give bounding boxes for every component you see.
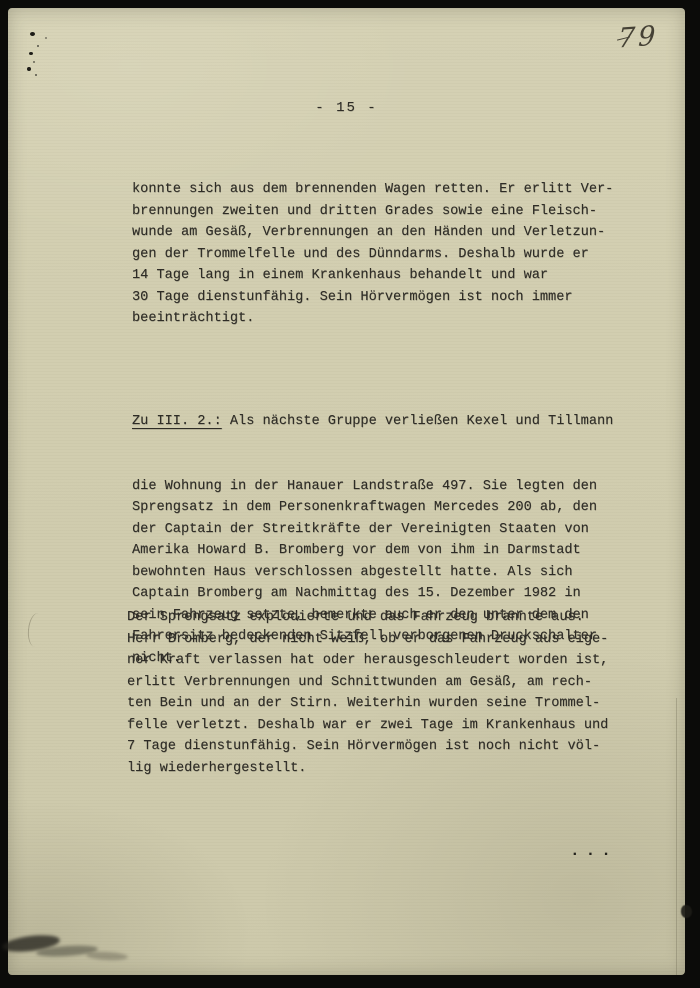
ink-speck — [27, 67, 31, 71]
paragraph-2-first-line: Zu III. 2.: Als nächste Gruppe verließen… — [132, 411, 613, 433]
scan-scratch-line — [676, 698, 677, 975]
page-number: - 15 - — [8, 100, 685, 116]
paragraph-1: konnte sich aus dem brennenden Wagen ret… — [132, 179, 613, 330]
handwritten-sheet-number: 79 — [618, 21, 659, 55]
ink-speck — [35, 74, 37, 76]
ink-blob — [681, 905, 692, 918]
ink-speck — [29, 52, 33, 55]
paragraph-3: Der Sprengsatz explodierte und das Fahrz… — [127, 607, 608, 779]
ink-speck — [33, 61, 35, 63]
paper-sheet: 79 - 15 - konnte sich aus dem brennenden… — [8, 8, 685, 975]
ink-speck — [37, 45, 39, 47]
paragraph-2-first-line-rest: Als nächste Gruppe verließen Kexel und T… — [222, 414, 614, 429]
faint-pencil-arc — [26, 612, 46, 648]
ink-speck — [30, 32, 35, 36]
ink-smudge — [86, 951, 128, 961]
ink-speck — [45, 37, 47, 39]
continuation-dots: ... — [570, 842, 617, 860]
section-heading-zu-iii-2: Zu III. 2.: — [132, 414, 222, 429]
